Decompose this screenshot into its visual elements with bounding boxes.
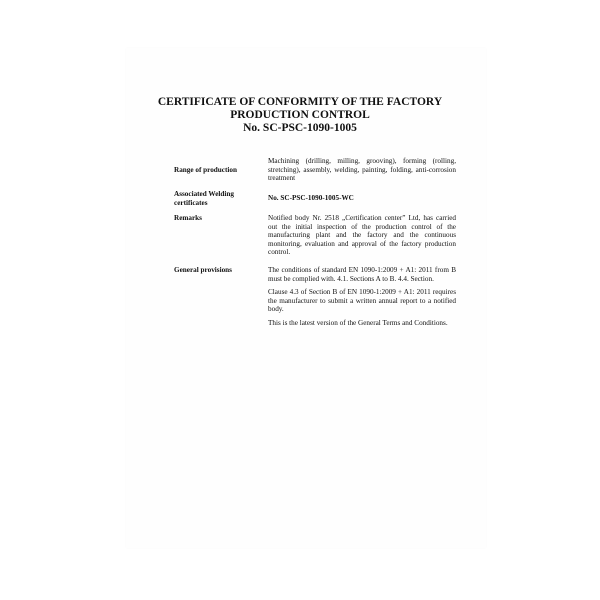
- row-value: Machining (drilling, milling, grooving),…: [268, 157, 456, 188]
- paragraph: Notified body Nr. 2518 „Certification ce…: [268, 214, 456, 257]
- certificate-number: No. SC-PSC-1090-1005: [0, 122, 600, 135]
- row-label: Remarks: [174, 214, 254, 223]
- certificate-title: CERTIFICATE OF CONFORMITY OF THE FACTORY…: [0, 96, 600, 135]
- row-value: The conditions of standard EN 1090-1:200…: [268, 266, 456, 333]
- row-value: No. SC-PSC-1090-1005-WC: [268, 194, 456, 208]
- paragraph: This is the latest version of the Genera…: [268, 319, 456, 328]
- row-label: General provisions: [174, 266, 254, 275]
- paragraph: Clause 4.3 of Section B of EN 1090-1:200…: [268, 288, 456, 314]
- row-label: Associated Welding certificates: [174, 190, 254, 207]
- title-line-2: PRODUCTION CONTROL: [0, 109, 600, 122]
- paragraph: No. SC-PSC-1090-1005-WC: [268, 194, 456, 203]
- paragraph: Machining (drilling, milling, grooving),…: [268, 157, 456, 183]
- title-line-1: CERTIFICATE OF CONFORMITY OF THE FACTORY: [0, 96, 600, 109]
- row-label: Range of production: [174, 166, 254, 175]
- row-value: Notified body Nr. 2518 „Certification ce…: [268, 214, 456, 262]
- paragraph: The conditions of standard EN 1090-1:200…: [268, 266, 456, 283]
